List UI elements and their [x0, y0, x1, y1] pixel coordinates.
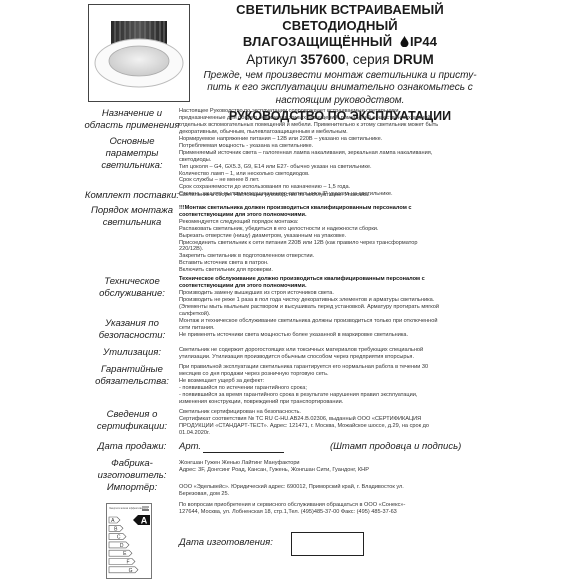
install-line: Вставить источник света в патрон. [179, 260, 441, 267]
section-label: Фабрика-изготовитель: [84, 458, 180, 482]
param-line: Тип цоколя – G4, GX5.3, G9, E14 или E27-… [179, 164, 441, 171]
install-line: Закрепить светильник в подготовленном от… [179, 253, 441, 260]
recessed-downlight-image [89, 5, 189, 101]
article-field-label: Арт. [179, 441, 201, 452]
install-line: Включить светильник для проверки. [179, 267, 441, 274]
cert-line: Сертификат соответствия № TC RU C-HU.AB2… [179, 416, 441, 437]
param-line: Срок сохраняемости до использования по н… [179, 184, 441, 191]
svg-text:C: C [117, 535, 121, 541]
warranty-line: Не возмещает ущерб за дефект: [179, 378, 441, 385]
title-line-1: СВЕТИЛЬНИК ВСТРАИВАЕМЫЙ СВЕТОДИОДНЫЙ [190, 2, 490, 34]
maintenance-line: Производить не реже 1 раза в пол года чи… [179, 297, 441, 318]
article-prefix: Артикул [246, 52, 300, 67]
section-text: Техническое обслуживание должно производ… [179, 276, 441, 317]
section-label: Техническое обслуживание: [84, 276, 180, 300]
read-manual-warning: Прежде, чем произвести монтаж светильник… [190, 70, 490, 107]
energy-efficiency-label: Энергетическая эффективностьABCDEFGA [106, 503, 152, 579]
section-text: Монтаж и техническое обслуживание светил… [179, 318, 441, 339]
warranty-line: - появившийся по истечении гарантийного … [179, 385, 441, 392]
section-label: Гарантийные обязательства: [84, 364, 180, 388]
param-line: Срок службы – не менее 8 лет. [179, 177, 441, 184]
section-text: Светильник в сборе. Настоящее руководств… [179, 192, 441, 199]
product-photo [88, 4, 190, 102]
svg-text:F: F [126, 560, 129, 566]
install-line: Распаковать светильник, убедиться в его … [179, 226, 441, 233]
series-name: DRUM [393, 52, 434, 67]
warranty-line: - появившийся за время гарантийного срок… [179, 392, 441, 406]
warning-line-1: Прежде, чем произвести монтаж светильник… [190, 70, 490, 82]
section-text: Светильник не содержит дорогостоящих или… [179, 347, 441, 361]
warranty-line: При правильной эксплуатации светильника … [179, 364, 441, 378]
install-line: Рекомендуется следующий порядок монтажа: [179, 219, 441, 226]
seller-stamp-label: (Штамп продовца и подпись) [330, 441, 461, 452]
section-text: При правильной эксплуатации светильника … [179, 364, 441, 405]
energy-class-bar [109, 550, 132, 556]
param-line: Количество ламп – 1, или несколько свето… [179, 171, 441, 178]
install-line: Присоединить светильник к сети питания 2… [179, 240, 441, 254]
ip-rating: IP44 [410, 34, 437, 49]
warning-line-3: настоящим руководством. [190, 95, 490, 107]
energy-class-bar [109, 567, 138, 573]
section-label: Основные параметры светильника: [84, 136, 180, 172]
section-label: Дата продажи: [84, 441, 180, 453]
param-line: Потребляемая мощность - указана на свети… [179, 143, 441, 150]
section-text: Нормируемое напряжение питания – 12В или… [179, 136, 441, 198]
section-label: Утилизация: [84, 347, 180, 359]
section-text: Жонгшан Гужен Женью Лайтинг Мануфактори … [179, 460, 441, 474]
maintenance-line: Производить замену вышедших из строя ист… [179, 290, 441, 297]
svg-text:A: A [141, 516, 148, 526]
manufacture-date-box[interactable] [291, 532, 364, 556]
manufacturer-line: Адрес: 3F, Донгсинг Роад, Кансан, Гужень… [179, 467, 441, 474]
section-label: Сведения о сертификации: [84, 409, 180, 433]
article-line: Артикул 357600, серия DRUM [190, 51, 490, 68]
install-warning: !!!Монтаж светильника должен производить… [179, 205, 412, 218]
maintenance-warning: Техническое обслуживание должно производ… [179, 276, 425, 289]
title-line-2-text: ВЛАГОЗАЩИЩЁННЫЙ [243, 34, 392, 49]
section-label: Импортёр: [84, 482, 180, 494]
safety-line: Монтаж и техническое обслуживание светил… [179, 318, 441, 332]
warning-line-2: пить к его эксплуатации внимательно озна… [190, 82, 490, 94]
cert-line: Светильник сертифицирован на безопасност… [179, 409, 441, 416]
section-label: Комплект поставки: [84, 190, 180, 202]
section-label: Назначение и область применения [84, 108, 180, 132]
manufacturer-line: Жонгшан Гужен Женью Лайтинг Мануфактори [179, 460, 441, 467]
section-label: Указания по безопасности: [84, 318, 180, 342]
section-text: !!!Монтаж светильника должен производить… [179, 205, 441, 274]
param-line: Нормируемое напряжение питания – 12В или… [179, 136, 441, 143]
energy-class-chart: Энергетическая эффективностьABCDEFGA [107, 504, 151, 578]
article-number: 357600 [300, 52, 345, 67]
title-line-2: ВЛАГОЗАЩИЩЁННЫЙ IP44 [190, 34, 490, 50]
section-label: Порядок монтажа светильника [84, 205, 180, 229]
manufacture-date-label: Дата изготовления: [179, 537, 273, 548]
article-field-line[interactable] [203, 452, 284, 453]
section-text: Настоящее Руководство по эксплуатации со… [179, 108, 441, 136]
svg-text:D: D [120, 543, 124, 549]
svg-text:G: G [129, 568, 133, 574]
section-text: ООО «Эдельвейс». Юридический адрес: 6900… [179, 484, 409, 498]
section-text: Светильник сертифицирован на безопасност… [179, 409, 441, 437]
water-drop-icon [400, 36, 409, 47]
safety-line: Не применять источники света мощностью б… [179, 332, 441, 339]
install-line: Вырезать отверстие (нишу) диаметром, ука… [179, 233, 441, 240]
section-text: По вопросам приобретения и сервисного об… [179, 502, 424, 516]
series-prefix: , серия [345, 52, 393, 67]
energy-class-bar [109, 559, 135, 565]
document-header: СВЕТИЛЬНИК ВСТРАИВАЕМЫЙ СВЕТОДИОДНЫЙ ВЛА… [190, 2, 490, 124]
param-line: Применяемый источник света – галогенная … [179, 150, 441, 164]
